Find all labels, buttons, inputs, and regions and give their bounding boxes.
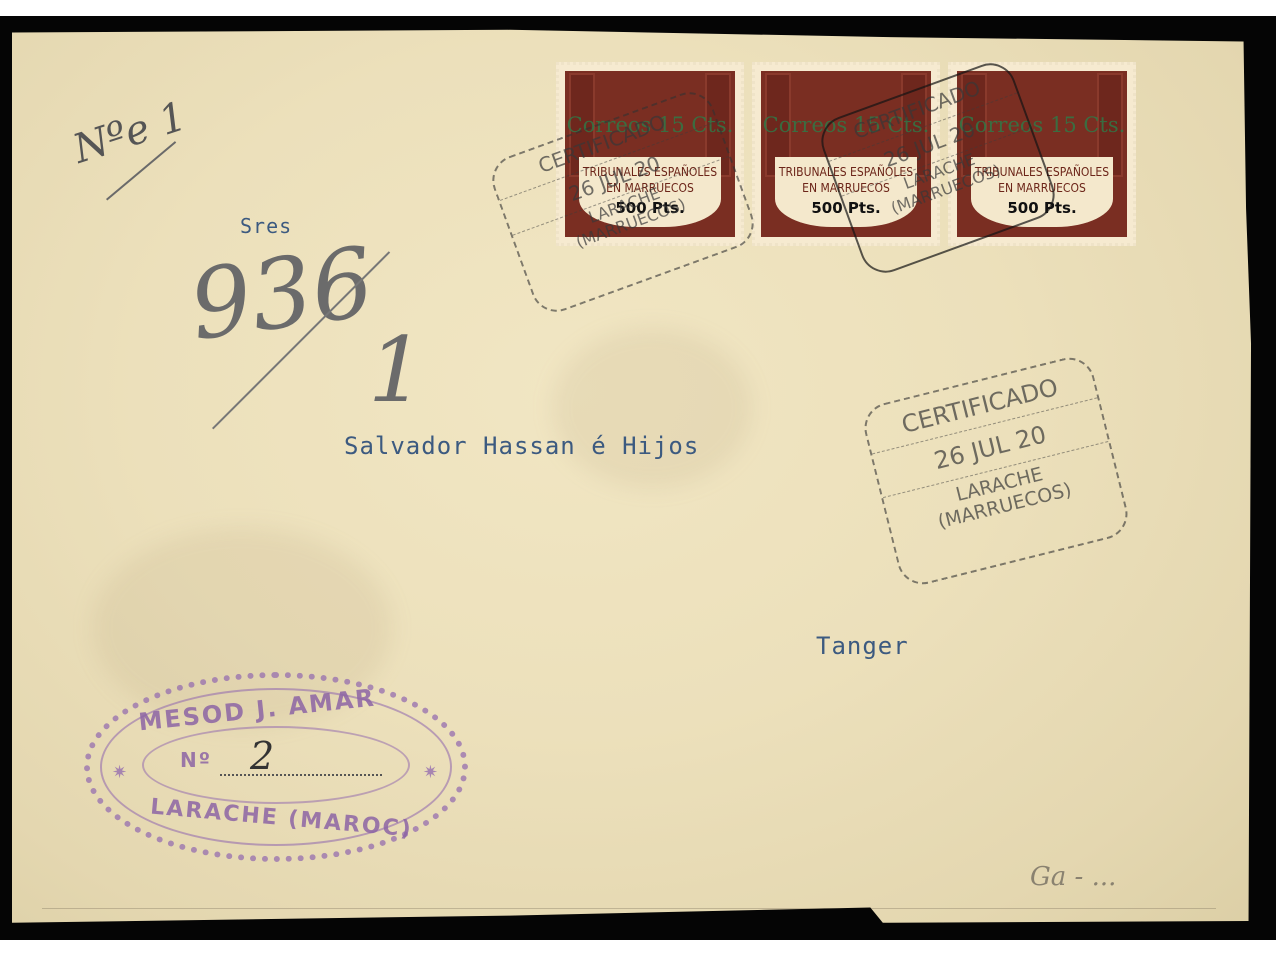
envelope-fold-line (42, 908, 1216, 909)
sender-handstamp: MESOD J. AMAR Nº 2 ✷ ✷ LARACHE (MAROC) (84, 672, 468, 862)
sender-number: 2 (250, 734, 274, 778)
number-line (220, 774, 382, 776)
salutation: Sres (240, 214, 292, 238)
registration-sub: 1 (368, 318, 425, 423)
number-label: Nº (180, 748, 212, 772)
star-icon: ✷ (112, 762, 127, 783)
star-icon: ✷ (423, 762, 438, 783)
recipient-city: Tanger (816, 632, 909, 660)
handwritten-note: Ga - ... (1030, 862, 1116, 892)
recipient-name: Salvador Hassan é Hijos (344, 432, 699, 460)
paper-stain (552, 328, 752, 488)
